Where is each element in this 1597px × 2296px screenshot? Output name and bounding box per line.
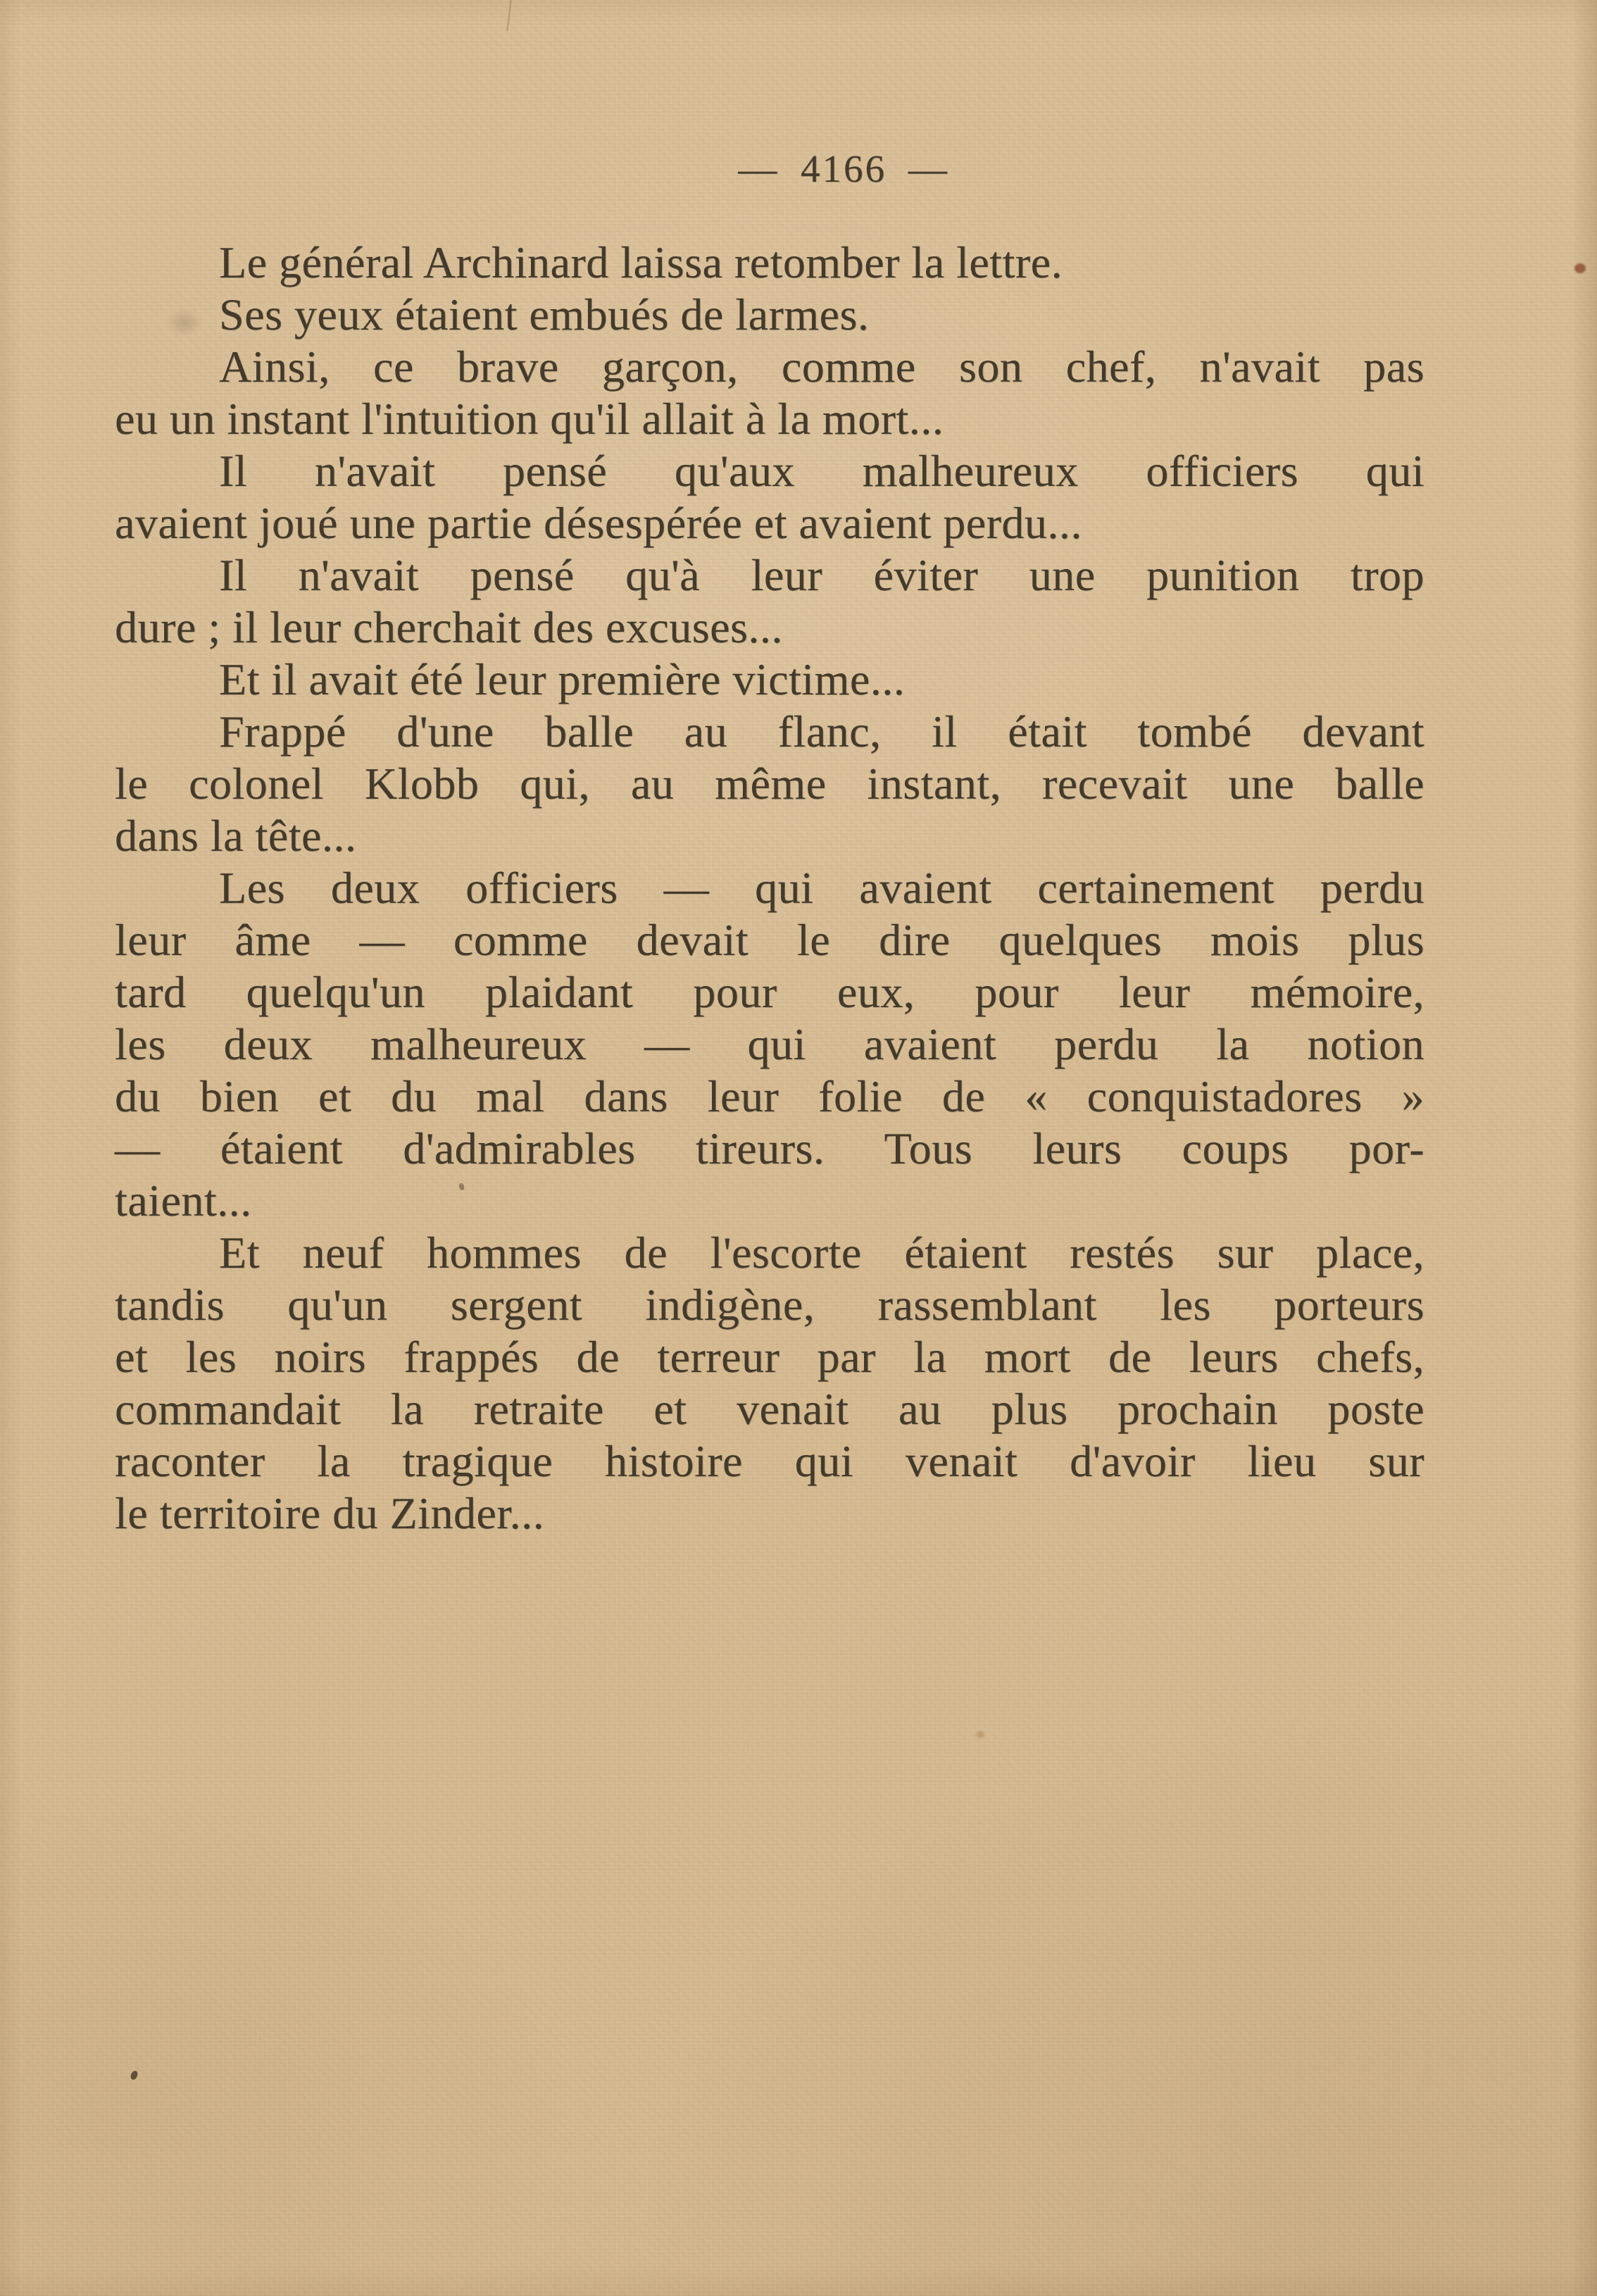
page-edge-vignette xyxy=(0,0,1597,2296)
